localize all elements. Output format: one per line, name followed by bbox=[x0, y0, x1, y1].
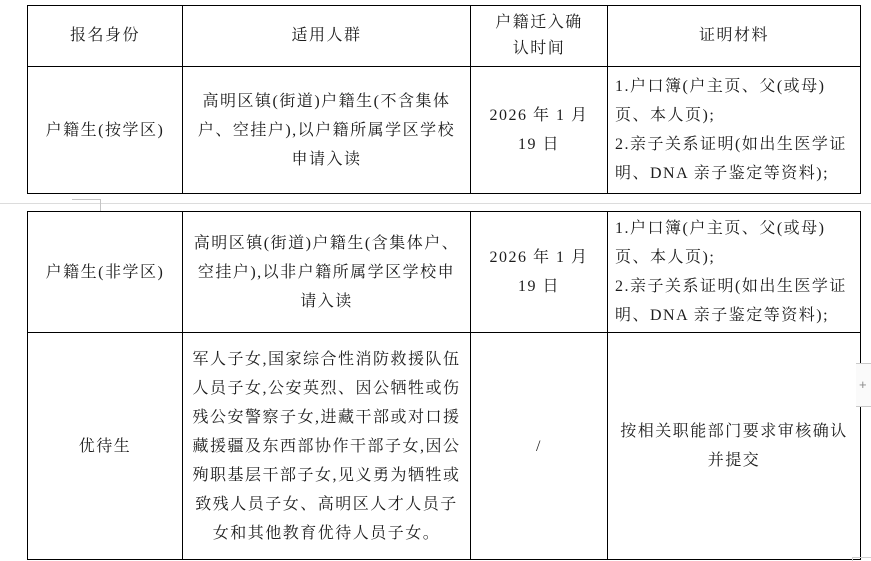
document-page: 报名身份 适用人群 户籍迁入确 认时间 证明材料 户籍生(按学区) 高明区镇(街… bbox=[0, 0, 871, 561]
cell-identity: 优待生 bbox=[28, 333, 183, 560]
cell-confirm-time: 2026 年 1 月 19 日 bbox=[471, 212, 608, 333]
header-cell-group: 适用人群 bbox=[183, 6, 471, 67]
header-cell-identity: 报名身份 bbox=[28, 6, 183, 67]
header-cell-confirm-time: 户籍迁入确 认时间 bbox=[471, 6, 608, 67]
enrollment-table-upper: 报名身份 适用人群 户籍迁入确 认时间 证明材料 户籍生(按学区) 高明区镇(街… bbox=[27, 5, 861, 194]
cell-materials: 按相关职能部门要求审核确认并提交 bbox=[608, 333, 861, 560]
table-row: 户籍生(非学区) 高明区镇(街道)户籍生(含集体户、空挂户),以非户籍所属学区学… bbox=[28, 212, 861, 333]
cell-materials: 1.户口簿(户主页、父(或母)页、本人页); 2.亲子关系证明(如出生医学证明、… bbox=[608, 212, 861, 333]
table-row: 优待生 军人子女,国家综合性消防救援队伍人员子女,公安英烈、因公牺牲或伤残公安警… bbox=[28, 333, 861, 560]
cell-identity: 户籍生(按学区) bbox=[28, 67, 183, 194]
cell-group: 高明区镇(街道)户籍生(含集体户、空挂户),以非户籍所属学区学校申请入读 bbox=[183, 212, 471, 333]
cell-group: 军人子女,国家综合性消防救援队伍人员子女,公安英烈、因公牺牲或伤残公安警察子女,… bbox=[183, 333, 471, 560]
header-cell-materials: 证明材料 bbox=[608, 6, 861, 67]
cell-identity: 户籍生(非学区) bbox=[28, 212, 183, 333]
bottom-right-corner-artifact bbox=[852, 557, 871, 561]
plus-icon: + bbox=[859, 377, 867, 392]
page-separator-line bbox=[0, 203, 871, 204]
cell-materials: 1.户口簿(户主页、父(或母)页、本人页); 2.亲子关系证明(如出生医学证明、… bbox=[608, 67, 861, 194]
cell-confirm-time: 2026 年 1 月 19 日 bbox=[471, 67, 608, 194]
table-header-row: 报名身份 适用人群 户籍迁入确 认时间 证明材料 bbox=[28, 6, 861, 67]
add-button[interactable]: + bbox=[856, 363, 871, 407]
table-row: 户籍生(按学区) 高明区镇(街道)户籍生(不含集体户、空挂户),以户籍所属学区学… bbox=[28, 67, 861, 194]
cell-confirm-time: / bbox=[471, 333, 608, 560]
cell-group: 高明区镇(街道)户籍生(不含集体户、空挂户),以户籍所属学区学校申请入读 bbox=[183, 67, 471, 194]
enrollment-table-lower: 户籍生(非学区) 高明区镇(街道)户籍生(含集体户、空挂户),以非户籍所属学区学… bbox=[27, 211, 861, 560]
